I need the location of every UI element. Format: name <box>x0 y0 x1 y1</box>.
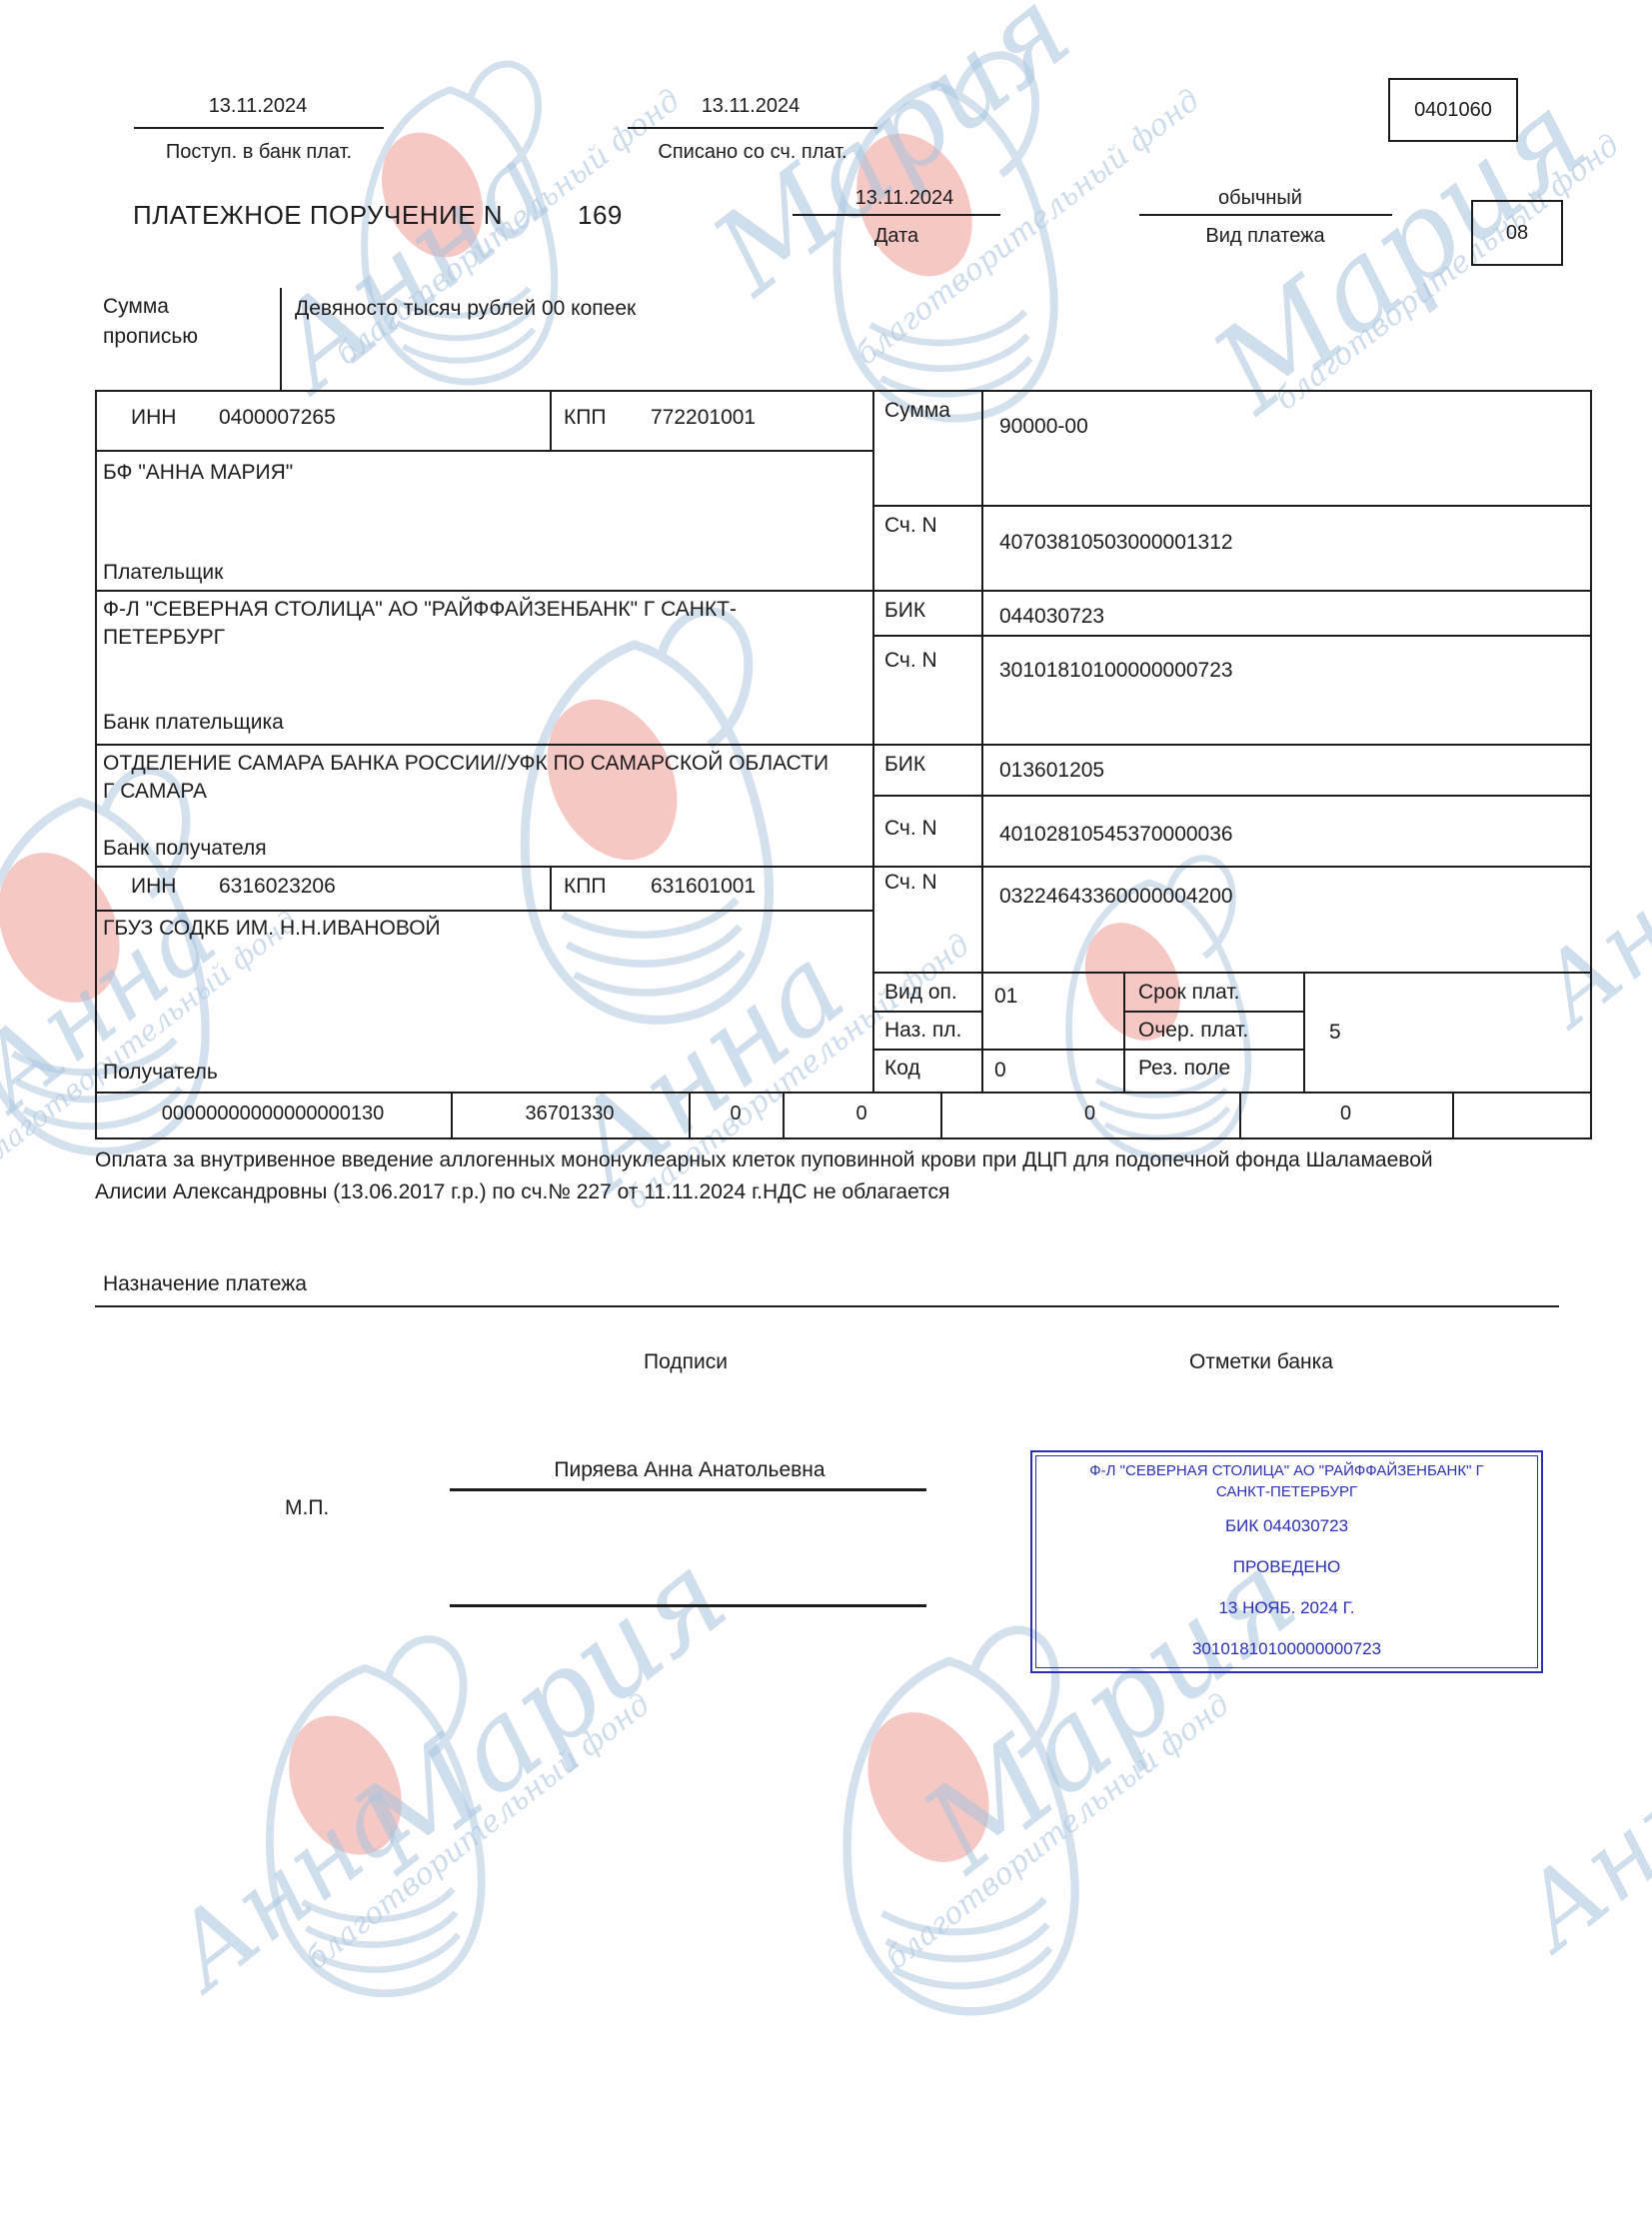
watermark-logo <box>470 600 800 1050</box>
due-label: Срок плат. <box>1138 980 1240 1005</box>
watermark-subtitle: благотворительный фонд <box>1269 128 1626 418</box>
grid-line <box>1452 1092 1454 1139</box>
budget-cell-kbk: 00000000000000000130 <box>95 1102 451 1125</box>
amount-words-value: Девяносто тысяч рублей 00 копеек <box>295 296 636 321</box>
stamp-date: 13 НОЯБ. 2024 Г. <box>1032 1598 1541 1618</box>
bank-marks-label: Отметки банка <box>1111 1349 1411 1374</box>
signature-line <box>450 1604 926 1607</box>
payer-account: 40703810503000001312 <box>999 530 1233 555</box>
debited-date: 13.11.2024 <box>651 94 850 118</box>
payer-name: БФ "АННА МАРИЯ" <box>103 460 293 485</box>
payer-inn-label: ИНН <box>131 405 176 430</box>
divider <box>628 127 877 129</box>
budget-cell-oktmo: 36701330 <box>451 1102 689 1125</box>
watermark-logo <box>800 1619 1099 2039</box>
budget-cell: 0 <box>783 1102 940 1125</box>
grid-line <box>95 590 1592 592</box>
mp-label: М.П. <box>285 1495 329 1520</box>
date-label: Дата <box>793 224 1000 248</box>
priority-value: 5 <box>1329 1020 1341 1045</box>
purpose-code-label: Наз. пл. <box>884 1018 961 1043</box>
payer-bank-bik: 044030723 <box>999 604 1104 629</box>
bank-stamp: Ф-Л "СЕВЕРНАЯ СТОЛИЦА" АО "РАЙФФАЙЗЕНБАН… <box>1030 1450 1543 1673</box>
document-number: 169 <box>578 200 623 231</box>
payee-bank-label: Банк получателя <box>103 836 267 861</box>
document-date: 13.11.2024 <box>805 186 1004 210</box>
grid-line <box>550 390 552 452</box>
document-title: ПЛАТЕЖНОЕ ПОРУЧЕНИЕ N <box>133 200 503 231</box>
payer-account-label: Сч. N <box>884 513 937 538</box>
sum-label: Сумма <box>884 398 950 423</box>
payee-label: Получатель <box>103 1060 218 1085</box>
stamp-bank-name-line1: Ф-Л "СЕВЕРНАЯ СТОЛИЦА" АО "РАЙФФАЙЗЕНБАН… <box>1032 1462 1541 1479</box>
payee-bank-bik: 013601205 <box>999 758 1104 783</box>
budget-cell: 0 <box>1239 1102 1452 1125</box>
divider <box>95 1305 1559 1307</box>
debited-label: Списано со сч. плат. <box>618 140 887 164</box>
payer-bank-account: 30101810100000000723 <box>999 658 1233 683</box>
payer-label: Плательщик <box>103 560 223 585</box>
grid-line <box>872 795 1592 797</box>
divider <box>793 214 1000 216</box>
payer-kpp-label: КПП <box>564 405 606 430</box>
grid-line <box>1123 1011 1305 1013</box>
priority-label: Очер. плат. <box>1138 1018 1248 1043</box>
grid-line <box>1123 972 1125 1094</box>
grid-line <box>872 635 1592 637</box>
grid-line <box>1590 390 1592 1139</box>
payer-bank-bik-label: БИК <box>884 598 925 623</box>
sum-value: 90000-00 <box>999 414 1088 439</box>
code-label: Код <box>884 1056 920 1081</box>
divider <box>280 288 282 390</box>
payment-type-label: Вид платежа <box>1132 224 1398 248</box>
watermark-script-anna: Анна <box>250 121 575 416</box>
stamp-status: ПРОВЕДЕНО <box>1032 1557 1541 1577</box>
op-type: 01 <box>994 984 1017 1009</box>
budget-cell: 0 <box>689 1102 783 1125</box>
grid-line <box>1303 972 1305 1094</box>
grid-line <box>95 390 1592 392</box>
payee-bank-account-label: Сч. N <box>884 816 937 841</box>
purpose-text-line2: Алисии Александровны (13.06.2017 г.р.) п… <box>95 1179 949 1204</box>
signer-name: Пиряева Анна Анатольевна <box>480 1457 899 1482</box>
watermark-script-anna: Анна <box>1519 804 1652 1047</box>
payee-bank-bik-label: БИК <box>884 752 925 777</box>
watermark-subtitle: благотворительный фонд <box>300 1687 657 1977</box>
form-code-box: 0401060 <box>1388 78 1518 142</box>
payee-bank-name: ОТДЕЛЕНИЕ САМАРА БАНКА РОССИИ//УФК ПО СА… <box>103 750 842 805</box>
payer-bank-name: Ф-Л "СЕВЕРНАЯ СТОЛИЦА" АО "РАЙФФАЙЗЕНБАН… <box>103 596 842 651</box>
payee-account-label: Сч. N <box>884 870 937 895</box>
purpose-text-line1: Оплата за внутривенное введение аллогенн… <box>95 1147 1433 1172</box>
grid-line <box>550 866 552 912</box>
grid-line <box>872 972 1592 974</box>
received-label: Поступ. в банк плат. <box>124 140 394 164</box>
stamp-bik: БИК 044030723 <box>1032 1516 1541 1536</box>
grid-line <box>981 390 983 1094</box>
payer-inn: 0400007265 <box>219 405 336 430</box>
grid-line <box>95 1137 1592 1139</box>
signatures-label: Подписи <box>536 1349 835 1374</box>
payee-bank-account: 40102810545370000036 <box>999 822 1233 847</box>
grid-line <box>872 390 874 1094</box>
payment-order-document: Анна Мария благотворительный фонд благот… <box>0 0 1652 2227</box>
payee-name: ГБУЗ СОДКБ ИМ. Н.Н.ИВАНОВОЙ <box>103 916 441 941</box>
budget-cell: 0 <box>940 1102 1239 1125</box>
watermark-logo <box>230 1629 500 2019</box>
grid-line <box>872 1049 1305 1051</box>
status-code: 08 <box>1506 222 1528 245</box>
payee-account: 03224643360000004200 <box>999 884 1233 909</box>
payee-inn: 6316023206 <box>219 874 336 899</box>
payer-bank-account-label: Сч. N <box>884 648 937 673</box>
stamp-bank-name-line2: САНКТ-ПЕТЕРБУРГ <box>1032 1483 1541 1500</box>
reserve-label: Рез. поле <box>1138 1056 1230 1081</box>
payer-kpp: 772201001 <box>651 405 756 430</box>
status-code-box: 08 <box>1471 200 1563 266</box>
grid-line <box>872 1011 983 1013</box>
grid-line <box>95 450 874 452</box>
signature-line <box>450 1488 926 1491</box>
payee-kpp: 631601001 <box>651 874 756 899</box>
amount-words-label: Сумма прописью <box>103 292 233 353</box>
purpose-label: Назначение платежа <box>103 1271 307 1296</box>
grid-line <box>95 1092 1592 1094</box>
watermark-subtitle: благотворительный фонд <box>0 905 304 1175</box>
watermark-script-anna: Анна <box>1499 1715 1652 1972</box>
divider <box>134 127 384 129</box>
watermark-subtitle: благотворительный фонд <box>879 1687 1236 1977</box>
grid-line <box>872 505 1592 507</box>
divider <box>1139 214 1392 216</box>
payer-bank-label: Банк плательщика <box>103 710 284 735</box>
form-code: 0401060 <box>1414 99 1492 122</box>
grid-line <box>95 910 874 912</box>
payee-inn-label: ИНН <box>131 874 176 899</box>
grid-line <box>95 390 97 1139</box>
grid-line <box>95 744 1592 746</box>
op-type-label: Вид оп. <box>884 980 957 1005</box>
watermark-script-anna: Анна <box>150 1755 433 2012</box>
watermark-script-maria: Мария <box>330 1526 753 1899</box>
stamp-account: 30101810100000000723 <box>1032 1639 1541 1659</box>
payment-type-value: обычный <box>1140 186 1380 210</box>
payee-kpp-label: КПП <box>564 874 606 899</box>
grid-line <box>95 866 1592 868</box>
code-value: 0 <box>994 1058 1006 1083</box>
received-date: 13.11.2024 <box>158 94 358 118</box>
